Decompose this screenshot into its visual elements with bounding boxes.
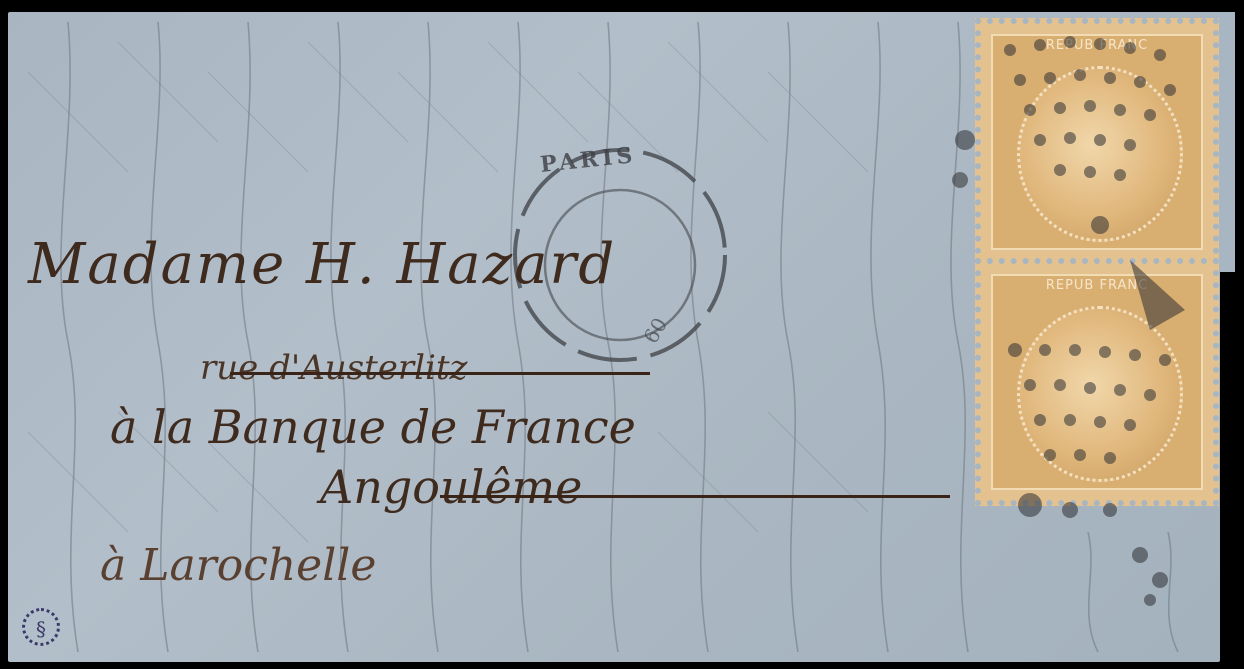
strikethrough-line	[230, 372, 650, 375]
address-forwarding: à la Banque de France	[110, 400, 636, 454]
address-street-struck: rue d'Austerlitz	[200, 348, 467, 388]
address-destination: à Larochelle	[100, 540, 376, 591]
address-recipient: Madame H. Hazard	[28, 232, 616, 297]
collector-seal-icon: §	[22, 608, 60, 646]
manuscript-address: Madame H. Hazard rue d'Austerlitz à la B…	[0, 0, 1244, 669]
strikethrough-line	[440, 495, 950, 498]
address-city-struck: Angoulême	[320, 460, 582, 514]
